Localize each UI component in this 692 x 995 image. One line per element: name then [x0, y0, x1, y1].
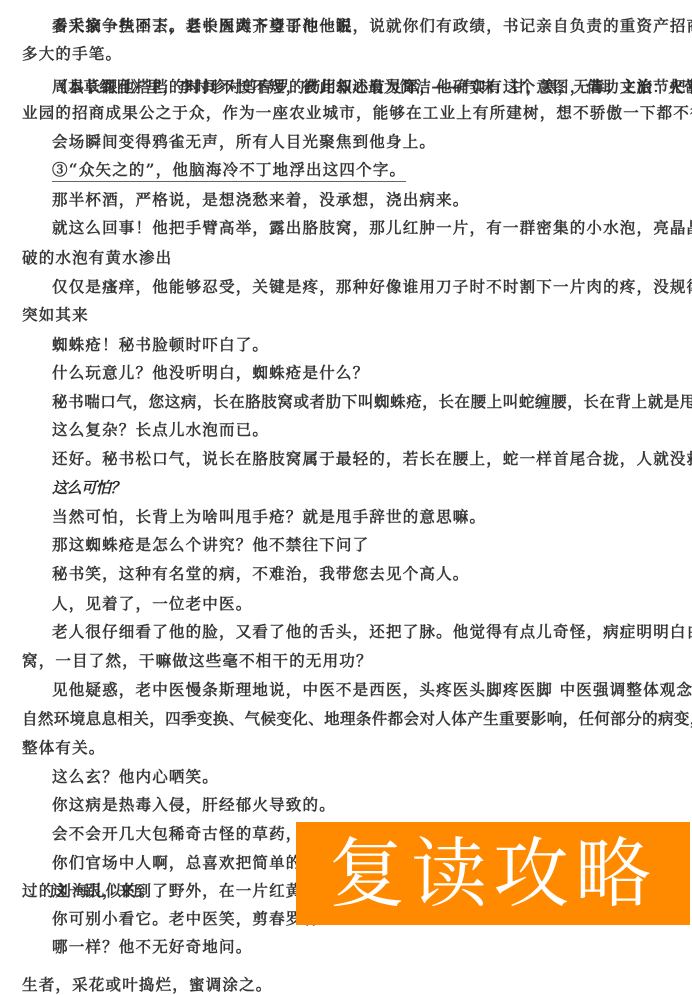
banner-title: 复读攻略 [329, 836, 657, 912]
watermark-banner: 复读攻略 [296, 822, 690, 925]
text-line: 《本草纲目》里，李时珍对剪春罗的药用叙述最为简洁——气味：甘，寒，无毒；主治：火… [52, 77, 692, 97]
text-line: 多采摘一些回去。老中医蹲下身哥冲他说 [52, 16, 353, 36]
